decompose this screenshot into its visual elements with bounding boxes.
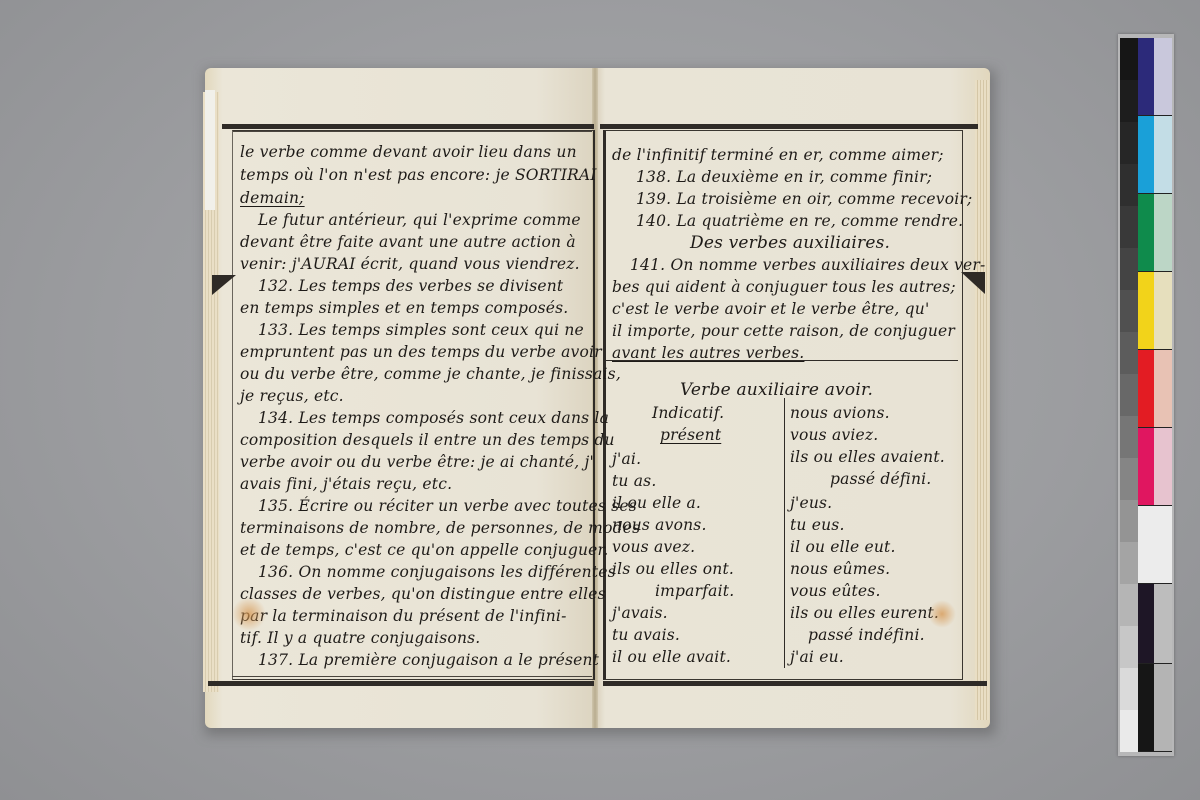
tint-swatch	[1154, 664, 1172, 752]
color-swatch	[1138, 350, 1154, 428]
tint-swatch	[1154, 194, 1172, 272]
gray-step	[1120, 206, 1138, 248]
text-line: avant les autres verbes.	[612, 344, 804, 362]
text-line: temps où l'on n'est pas encore: je SORTI…	[240, 166, 597, 184]
gray-step	[1120, 500, 1138, 542]
right-corner-marker	[961, 272, 985, 294]
text-line: en temps simples et en temps composés.	[240, 299, 568, 317]
right-top-rule	[600, 124, 978, 129]
text-line: verbe avoir ou du verbe être: je ai chan…	[240, 453, 594, 471]
left-page-tab-edge	[205, 90, 215, 210]
color-swatches	[1138, 38, 1154, 752]
text-line: 140. La quatrième en re, comme rendre.	[636, 212, 963, 230]
text-line: terminaisons de nombre, de personnes, de…	[240, 519, 640, 537]
color-swatch	[1138, 664, 1154, 752]
color-swatch	[1138, 194, 1154, 272]
text-line: 136. On nomme conjugaisons les différent…	[258, 563, 616, 581]
left-top-rule	[222, 124, 594, 129]
conjugation-form: ils ou elles avaient.	[790, 448, 945, 466]
conjugation-form: il ou elle avait.	[612, 648, 731, 666]
text-line: ou du verbe être, comme je chante, je fi…	[240, 365, 621, 383]
tint-swatch	[1154, 428, 1172, 506]
conjugation-form: nous eûmes.	[790, 560, 890, 578]
text-line: Le futur antérieur, qui l'exprime comme	[258, 211, 581, 229]
gray-step	[1120, 626, 1138, 668]
gray-step	[1120, 668, 1138, 710]
tense-label: passé défini.	[830, 470, 931, 488]
gray-step	[1120, 38, 1138, 80]
text-line: 134. Les temps composés sont ceux dans l…	[258, 409, 609, 427]
conjugation-form: il ou elle eut.	[790, 538, 896, 556]
foxing-stain	[928, 600, 956, 628]
color-swatch	[1138, 272, 1154, 350]
gray-step	[1120, 332, 1138, 374]
conjugation-form: nous avons.	[612, 516, 707, 534]
color-swatch	[1138, 116, 1154, 194]
left-corner-marker	[212, 275, 236, 295]
color-swatch	[1138, 38, 1154, 116]
gray-step	[1120, 374, 1138, 416]
text-line: composition desquels il entre un des tem…	[240, 431, 615, 449]
tint-swatch	[1154, 272, 1172, 350]
text-line: de l'infinitif terminé en er, comme aime…	[612, 146, 944, 164]
tint-swatch	[1154, 584, 1172, 664]
tint-swatch	[1154, 38, 1172, 116]
tense-label: passé indéfini.	[808, 626, 925, 644]
tint-swatches	[1154, 38, 1172, 752]
section-heading: Des verbes auxiliaires.	[690, 233, 890, 253]
tense-label: imparfait.	[655, 582, 734, 600]
left-bottom-thin-rule	[232, 676, 592, 677]
text-line: 139. La troisième en oir, comme recevoir…	[636, 190, 972, 208]
gray-step	[1120, 122, 1138, 164]
conjugation-form: il ou elle a.	[612, 494, 701, 512]
gray-step	[1120, 248, 1138, 290]
gray-step	[1120, 542, 1138, 584]
conjugation-form: j'ai.	[612, 450, 641, 468]
text-line: 132. Les temps des verbes se divisent	[258, 277, 563, 295]
conjugation-title: Verbe auxiliaire avoir.	[680, 380, 873, 400]
text-line: par la terminaison du présent de l'infin…	[240, 607, 567, 625]
text-line: 138. La deuxième en ir, comme finir;	[636, 168, 932, 186]
text-line: 135. Écrire ou réciter un verbe avec tou…	[258, 497, 637, 515]
conjugation-form: nous avions.	[790, 404, 890, 422]
text-line: 137. La première conjugaison a le présen…	[258, 651, 599, 669]
conjugation-form: tu avais.	[612, 626, 680, 644]
text-line: 133. Les temps simples sont ceux qui ne	[258, 321, 584, 339]
tense-label: présent	[660, 426, 721, 444]
mood-label: Indicatif.	[652, 404, 724, 422]
text-line: devant être faite avant une autre action…	[240, 233, 576, 251]
gray-step	[1120, 710, 1138, 752]
gray-step	[1120, 80, 1138, 122]
gray-step	[1120, 290, 1138, 332]
conjugation-form: tu as.	[612, 472, 656, 490]
text-line: il importe, pour cette raison, de conjug…	[612, 322, 955, 340]
text-line: classes de verbes, qu'on distingue entre…	[240, 585, 606, 603]
gray-step	[1120, 416, 1138, 458]
left-bottom-rule	[208, 681, 594, 686]
tint-swatch	[1154, 350, 1172, 428]
table-column-divider	[784, 398, 785, 668]
conjugation-form: tu eus.	[790, 516, 845, 534]
text-line: le verbe comme devant avoir lieu dans un	[240, 143, 577, 161]
color-swatch	[1138, 584, 1154, 664]
conjugation-form: ils ou elles eurent.	[790, 604, 939, 622]
text-line: empruntent pas un des temps du verbe avo…	[240, 343, 602, 361]
gray-step	[1120, 164, 1138, 206]
text-line: c'est le verbe avoir et le verbe être, q…	[612, 300, 929, 318]
right-page-edge	[975, 80, 989, 720]
foxing-stain	[232, 597, 266, 631]
text-line: bes qui aident à conjuguer tous les autr…	[612, 278, 956, 296]
conjugation-form: vous aviez.	[790, 426, 878, 444]
conjugation-form: vous eûtes.	[790, 582, 881, 600]
text-line: je reçus, etc.	[240, 387, 344, 405]
text-line: tif. Il y a quatre conjugaisons.	[240, 629, 480, 647]
grayscale-steps	[1120, 38, 1138, 752]
text-line: 141. On nomme verbes auxiliaires deux ve…	[630, 256, 985, 274]
conjugation-form: j'avais.	[612, 604, 668, 622]
conjugation-form: ils ou elles ont.	[612, 560, 734, 578]
right-bottom-rule	[603, 681, 987, 686]
color-swatch	[1138, 506, 1154, 584]
text-line: et de temps, c'est ce qu'on appelle conj…	[240, 541, 609, 559]
color-swatch	[1138, 428, 1154, 506]
conjugation-form: vous avez.	[612, 538, 695, 556]
gray-step	[1120, 584, 1138, 626]
conjugation-form: j'eus.	[790, 494, 832, 512]
text-line: demain;	[240, 189, 305, 207]
tint-swatch	[1154, 506, 1172, 584]
color-calibration-strip	[1118, 34, 1174, 756]
conjugation-form: j'ai eu.	[790, 648, 844, 666]
text-line: avais fini, j'étais reçu, etc.	[240, 475, 452, 493]
tint-swatch	[1154, 116, 1172, 194]
text-line: venir: j'AURAI écrit, quand vous viendre…	[240, 255, 580, 273]
gray-step	[1120, 458, 1138, 500]
